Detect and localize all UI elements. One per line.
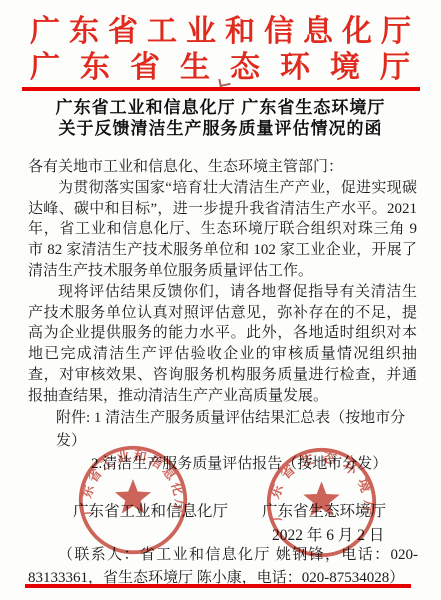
red-divider-top — [22, 87, 420, 91]
letterhead: 广东省工业和信息化厅 广东省生态环境厅 — [30, 14, 422, 86]
paragraph-1: 为贯彻落实国家“培育壮大清洁生产产业，促进实现碳达峰、碳中和目标”，进一步提升我… — [28, 178, 417, 282]
title-line-2: 关于反馈清洁生产服务质量评估情况的函 — [0, 118, 441, 139]
salutation: 各有关地市工业和信息化、生态环境主管部门： — [28, 157, 417, 178]
official-letter-page: 广东省工业和信息化厅 广东省生态环境厅 广东省工业和信息化厅 广东省生态环境厅 … — [0, 0, 441, 600]
star-icon — [115, 479, 151, 513]
red-divider-bottom — [25, 584, 411, 588]
letter-body: 各有关地市工业和信息化、生态环境主管部门： 为贯彻落实国家“培育壮大清洁生产产业… — [28, 157, 417, 407]
official-seal-left: 广东省工业和信息化厅 — [76, 443, 190, 557]
letterhead-line-1: 广东省工业和信息化厅 — [30, 14, 422, 50]
official-seal-right: 广东省生态环境厅 — [264, 445, 379, 560]
title-line-1: 广东省工业和信息化厅 广东省生态环境厅 — [0, 97, 441, 118]
document-title: 广东省工业和信息化厅 广东省生态环境厅 关于反馈清洁生产服务质量评估情况的函 — [0, 97, 441, 139]
star-icon — [303, 481, 339, 516]
paragraph-2: 现将评估结果反馈你们，请各地督促指导有关清洁生产技术服务单位认真对照评估意见，弥… — [28, 282, 417, 407]
